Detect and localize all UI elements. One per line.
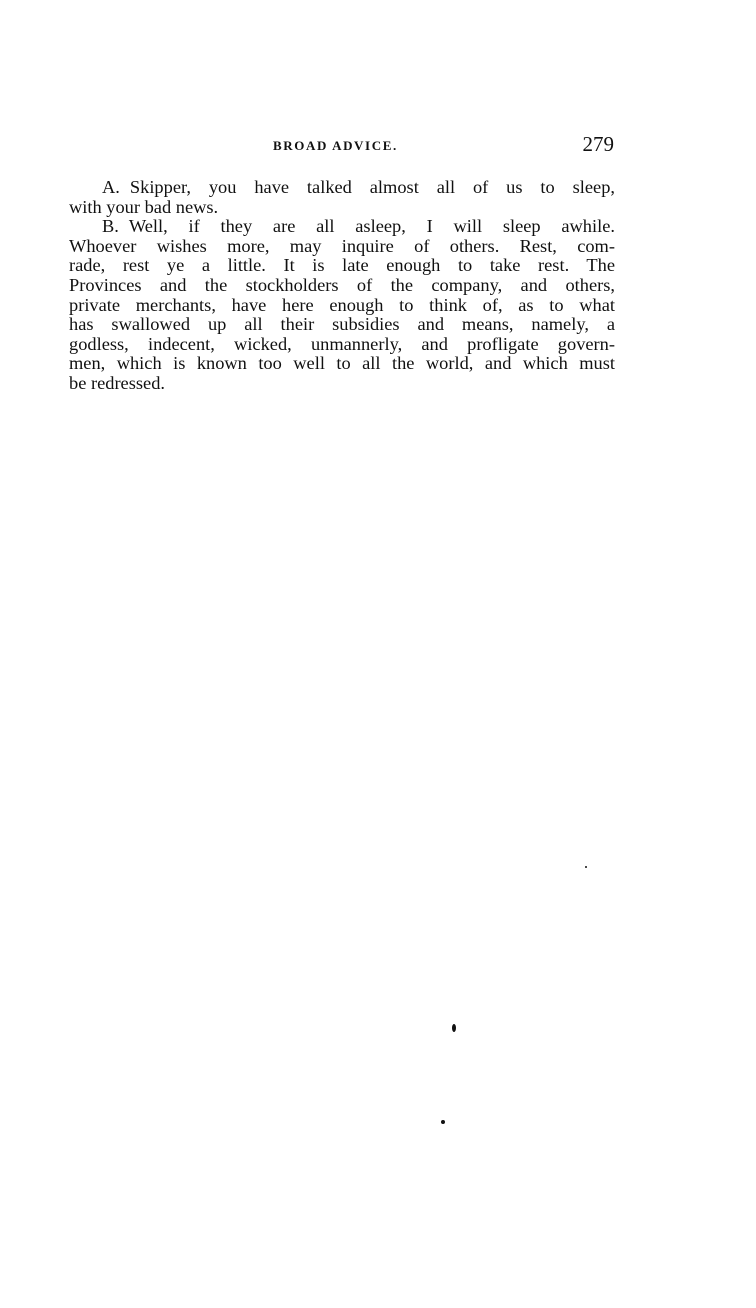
body-text: A.Skipper, you have talked almost all of…: [69, 178, 615, 394]
text-line: private merchants, have here enough to t…: [69, 296, 615, 316]
text-line: rade, rest ye a little. It is late enoug…: [69, 256, 615, 276]
text-line: has swallowed up all their subsidies and…: [69, 315, 615, 335]
text-line: men, which is known too well to all the …: [69, 354, 615, 374]
text-line: A.Skipper, you have talked almost all of…: [69, 178, 615, 198]
running-title: BROAD ADVICE.: [273, 138, 398, 154]
page-number: 279: [583, 132, 615, 157]
speck-1: [585, 866, 587, 868]
paragraph-a: A.Skipper, you have talked almost all of…: [69, 178, 615, 217]
text-line: Whoever wishes more, may inquire of othe…: [69, 237, 615, 257]
text-line: with your bad news.: [69, 198, 615, 218]
running-head: BROAD ADVICE. 279: [68, 132, 614, 162]
speck-3: [441, 1120, 445, 1124]
paragraph-b: B.Well, if they are all asleep, I will s…: [69, 217, 615, 393]
speaker-label: B.: [102, 216, 119, 236]
book-page: BROAD ADVICE. 279 A.Skipper, you have ta…: [0, 0, 756, 1308]
text-line: Provinces and the stockholders of the co…: [69, 276, 615, 296]
speck-2: [452, 1024, 456, 1032]
text-line: be redressed.: [69, 374, 615, 394]
text-line: godless, indecent, wicked, unmannerly, a…: [69, 335, 615, 355]
speaker-label: A.: [102, 177, 120, 197]
text-line: B.Well, if they are all asleep, I will s…: [69, 217, 615, 237]
